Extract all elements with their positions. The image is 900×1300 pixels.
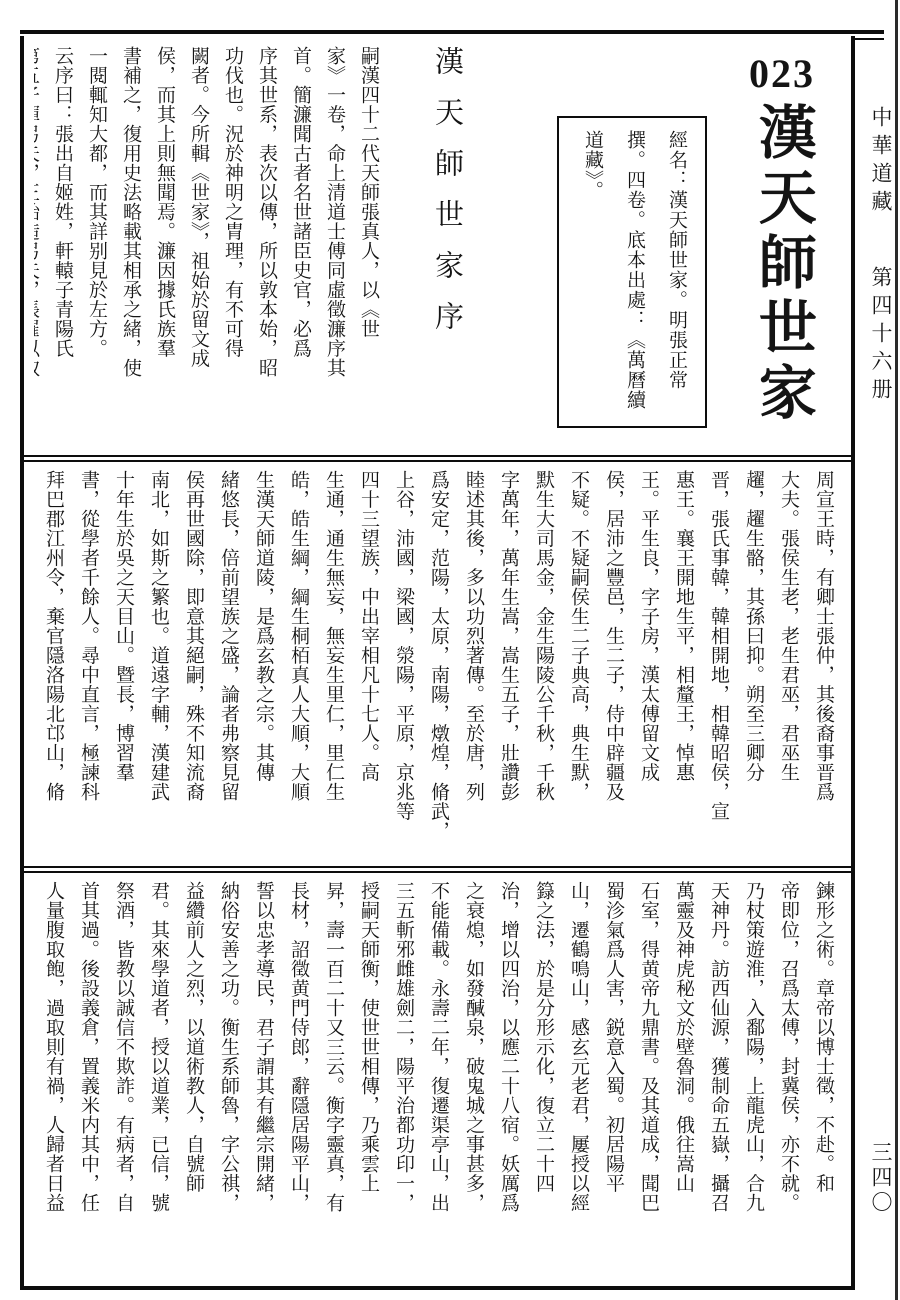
text-column: 家》一卷，命上清道士傅同虛徵濂序其: [317, 46, 351, 451]
item-number: 023: [749, 54, 815, 94]
text-column: 人量腹取飽，過取則有禍，人歸者日益: [36, 881, 71, 1280]
text-column: 闕者。今所輯《世家》，祖始於留文成: [181, 46, 215, 451]
page-number: 三四〇: [866, 1141, 896, 1216]
text-column: 一閱輒知大都，而其詳别見於左方。: [79, 46, 113, 451]
text-column: 授嗣天師衡，使世世相傳，乃乘雲上: [351, 881, 386, 1280]
collection-title: 中華道藏: [866, 106, 896, 218]
text-column: 乃杖策遊淮，入鄱陽，上龍虎山，合九: [736, 881, 771, 1280]
text-column: 石室，得黄帝九鼎書。及其道成，聞巴: [631, 881, 666, 1280]
preface-title: 漢天師世家序: [423, 46, 523, 451]
header-block: 023 漢天師世家: [723, 44, 841, 451]
text-column: 周宣王時，有卿士張仲，其後裔事晋爲: [806, 470, 841, 862]
main-frame: 023 漢天師世家 經名：漢天師世家。明張正常撰。四卷。底本出處：《萬曆續道藏》…: [20, 36, 855, 1290]
text-column: 君。其來學道者，授以道業，已信，號: [141, 881, 176, 1280]
text-column: 侯再世國除，即意其絕嗣，殊不知流裔: [176, 470, 211, 862]
margin-strip: 中華道藏 第四十六册 三四〇: [860, 36, 898, 1290]
text-column: 侯，而其上則無聞焉。濂因據氏族羣: [147, 46, 181, 451]
text-column: 南北，如斯之繁也。道遠字輔，漢建武: [141, 470, 176, 862]
text-column: 萬靈及神虎秘文於壁魯洞。俄往嵩山: [666, 881, 701, 1280]
text-column: 大夫。張侯生老，老生君巫，君巫生: [771, 470, 806, 862]
text-column: 序其世系，表次以傳，所以敦本始，昭: [249, 46, 283, 451]
text-column: 首其過。後設義倉，置義米内其中，任: [71, 881, 106, 1280]
text-column: 嗣漢四十二代天師張真人，以《世: [351, 46, 411, 451]
bottom-band: 鍊形之術。章帝以博士徵，不赴。和帝即位，召爲太傅，封冀侯，亦不就。乃杖策遊淮，入…: [24, 873, 853, 1284]
text-column: 帝即位，召爲太傅，封冀侯，亦不就。: [771, 881, 806, 1280]
text-column: 拜巴郡江州令，棄官隱洛陽北邙山，脩: [36, 470, 71, 862]
text-column: 不能備載。永壽二年，復遷渠亭山，出: [421, 881, 456, 1280]
band-divider: [24, 455, 851, 462]
text-column: 睦述其後，多以功烈著傳。至於唐，列: [456, 470, 491, 862]
text-column: 誓以忠孝導民，君子謂其有繼宗開緒，: [246, 881, 281, 1280]
text-column: 字萬年，萬年生嵩，嵩生五子，壯讚彭: [491, 470, 526, 862]
text-column: 鍊形之術。章帝以博士徵，不赴。和: [806, 881, 841, 1280]
text-column: 籙之法，於是分形示化，復立二十四: [526, 881, 561, 1280]
middle-band: 周宣王時，有卿士張仲，其後裔事晋爲大夫。張侯生老，老生君巫，君巫生趯，趯生骼，其…: [24, 462, 853, 866]
text-column: 撰。四卷。底本出處：《萬曆續: [613, 130, 655, 414]
text-column: 侯，居沛之豐邑，生二子，侍中辟疆及: [596, 470, 631, 862]
text-column: 晋，張氏事韓，韓相開地，相韓昭侯，宣: [701, 470, 736, 862]
band-divider: [24, 866, 851, 873]
text-column: 四十三望族，中出宰相凡十七人。高: [351, 470, 386, 862]
text-column: 書補之，復用史法略載其相承之緒，使: [113, 46, 147, 451]
text-column: 蜀沴氣爲人害，鋭意入蜀。初居陽平: [596, 881, 631, 1280]
text-column: 治，增以四治，以應二十八宿。妖厲爲: [491, 881, 526, 1280]
volume-label: 第四十六册: [866, 266, 896, 406]
text-column: 第五子揮弓矢，正始造弓矢，張羅以取: [34, 46, 45, 451]
preface-section: 漢天師世家序 嗣漢四十二代天師張真人，以《世家》一卷，命上清道士傅同虛徵濂序其首…: [34, 44, 523, 451]
text-column: 道藏》。: [571, 130, 613, 414]
text-column: 上谷，沛國，梁國，滎陽，平原，京兆等: [386, 470, 421, 862]
text-column: 天神丹。訪西仙源，獲制命五嶽，攝召: [701, 881, 736, 1280]
text-column: 益纘前人之烈，以道術教人，自號師: [176, 881, 211, 1280]
text-column: 昇，壽一百二十又三云。衡字靈真，有: [316, 881, 351, 1280]
scanned-page: { "margin": { "collection": "中華道藏", "vol…: [0, 0, 900, 1300]
text-column: 書，從學者千餘人。尋中直言，極諫科: [71, 470, 106, 862]
preface-columns: 嗣漢四十二代天師張真人，以《世家》一卷，命上清道士傅同虛徵濂序其首。簡濂聞古者名…: [34, 46, 411, 451]
text-column: 緒悠長，倍前望族之盛，論者弗察見留: [211, 470, 246, 862]
text-column: 爲安定，范陽，太原，南陽，燉煌，脩武，: [421, 470, 456, 862]
text-column: 三五斬邪雌雄劍二，陽平治都功印一，: [386, 881, 421, 1280]
text-column: 首。簡濂聞古者名世諸臣史官，必爲: [283, 46, 317, 451]
text-column: 生漢天師道陵，是爲玄教之宗。其傳: [246, 470, 281, 862]
text-column: 王。平生良，字子房，漢太傅留文成: [631, 470, 666, 862]
text-column: 不疑。不疑嗣侯生二子典高，典生默，: [561, 470, 596, 862]
colophon-box: 經名：漢天師世家。明張正常撰。四卷。底本出處：《萬曆續道藏》。: [557, 116, 707, 428]
text-column: 云序曰：張出自姬姓，軒轅子青陽氏: [45, 46, 79, 451]
text-column: 祭酒，皆教以誠信不欺詐。有病者，自: [106, 881, 141, 1280]
text-column: 長材，詔徵黄門侍郎，辭隱居陽平山，: [281, 881, 316, 1280]
text-column: 經名：漢天師世家。明張正常: [655, 130, 697, 414]
text-column: 之衰熄，如發醎泉，破鬼城之事甚多，: [456, 881, 491, 1280]
preface-band: 023 漢天師世家 經名：漢天師世家。明張正常撰。四卷。底本出處：《萬曆續道藏》…: [24, 36, 851, 455]
text-column: 納俗安善之功。衡生系師魯，字公祺，: [211, 881, 246, 1280]
main-title: 漢天師世家: [750, 102, 814, 427]
text-column: 十年生於吳之天目山。暨長，博習羣: [106, 470, 141, 862]
text-column: 生通，通生無妄，無妄生里仁，里仁生: [316, 470, 351, 862]
text-column: 山，遷鶴鳴山，感玄元老君，屢授以經: [561, 881, 596, 1280]
text-column: 趯，趯生骼，其孫曰抑。朔至三卿分: [736, 470, 771, 862]
text-column: 默生大司馬金，金生陽陵公千秋，千秋: [526, 470, 561, 862]
text-column: 功伐也。況於神明之胄理，有不可得: [215, 46, 249, 451]
text-column: 惠王。襄王開地生平，相釐王，悼惠: [666, 470, 701, 862]
text-column: 皓，皓生綱，綱生桐栢真人大順，大順: [281, 470, 316, 862]
